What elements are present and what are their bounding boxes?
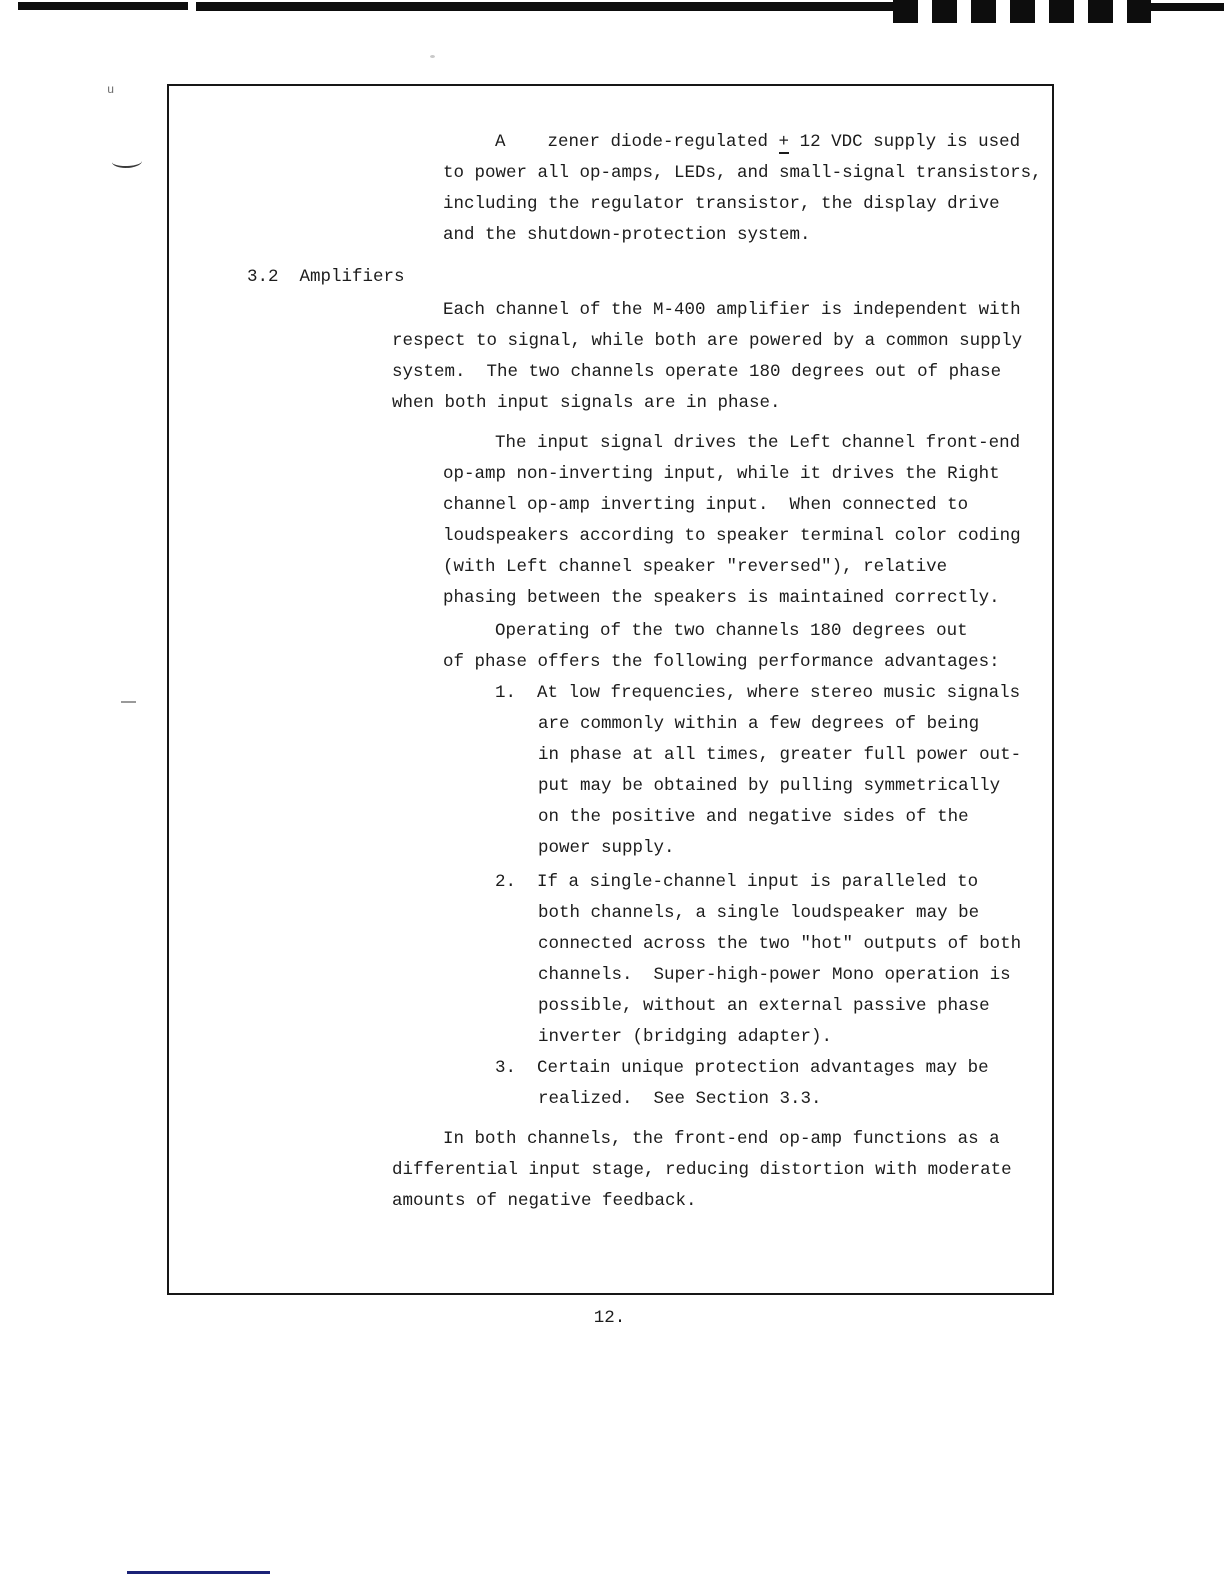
- list-item-line: connected across the two "hot" outputs o…: [538, 929, 1224, 960]
- blue-ink-line: [127, 1571, 270, 1574]
- section-heading: 3.2 Amplifiers: [247, 262, 1224, 293]
- text-line: loudspeakers according to speaker termin…: [443, 521, 1224, 552]
- text-line: channel op-amp inverting input. When con…: [443, 490, 1224, 521]
- list-item-line: both channels, a single loudspeaker may …: [538, 898, 1224, 929]
- list-item-line: 1. At low frequencies, where stereo musi…: [495, 678, 1224, 709]
- list-item-line: inverter (bridging adapter).: [538, 1022, 1224, 1053]
- list-item-line: 2. If a single-channel input is parallel…: [495, 867, 1224, 898]
- text-line: to power all op-amps, LEDs, and small-si…: [443, 158, 1224, 189]
- text-line: phasing between the speakers is maintain…: [443, 583, 1224, 614]
- list-item-line: power supply.: [538, 833, 1224, 864]
- scan-speck: [430, 55, 435, 58]
- text-line: system. The two channels operate 180 deg…: [392, 357, 1224, 388]
- text-line: amounts of negative feedback.: [392, 1186, 1224, 1217]
- text-line: differential input stage, reducing disto…: [392, 1155, 1224, 1186]
- scan-artifact-topbar-right: [1151, 3, 1224, 11]
- scan-artifact-sprocket-teeth: [893, 0, 1151, 23]
- list-item-line: 3. Certain unique protection advantages …: [495, 1053, 1224, 1084]
- scanned-document-page: u A zener diode-regulated + 12 VDC suppl…: [0, 0, 1224, 1584]
- list-item-line: possible, without an external passive ph…: [538, 991, 1224, 1022]
- list-item-line: are commonly within a few degrees of bei…: [538, 709, 1224, 740]
- p1-line1-pre: A zener diode-regulated: [495, 132, 779, 152]
- list-item-line: put may be obtained by pulling symmetric…: [538, 771, 1224, 802]
- text-line: including the regulator transistor, the …: [443, 189, 1224, 220]
- text-line: and the shutdown-protection system.: [443, 220, 1224, 251]
- document-body: A zener diode-regulated + 12 VDC supply …: [0, 127, 1224, 1217]
- p1-line1-post: 12 VDC supply is used: [789, 132, 1020, 152]
- text-line: A zener diode-regulated + 12 VDC supply …: [495, 127, 1224, 158]
- text-line: (with Left channel speaker "reversed"), …: [443, 552, 1224, 583]
- list-item-line: channels. Super-high-power Mono operatio…: [538, 960, 1224, 991]
- text-line: respect to signal, while both are powere…: [392, 326, 1224, 357]
- text-line: The input signal drives the Left channel…: [495, 428, 1224, 459]
- scan-artifact-topbar-left: [18, 2, 188, 10]
- plus-minus-symbol: +: [779, 132, 790, 154]
- text-line: In both channels, the front-end op-amp f…: [443, 1124, 1224, 1155]
- list-item-line: in phase at all times, greater full powe…: [538, 740, 1224, 771]
- text-line: Operating of the two channels 180 degree…: [495, 616, 1224, 647]
- text-line: of phase offers the following performanc…: [443, 647, 1224, 678]
- text-line: op-amp non-inverting input, while it dri…: [443, 459, 1224, 490]
- list-item-line: realized. See Section 3.3.: [538, 1084, 1224, 1115]
- scan-artifact-topbar-mid: [196, 2, 893, 11]
- list-item-line: on the positive and negative sides of th…: [538, 802, 1224, 833]
- text-line: Each channel of the M-400 amplifier is i…: [443, 295, 1224, 326]
- text-line: when both input signals are in phase.: [392, 388, 1224, 419]
- margin-mark: u: [107, 84, 114, 96]
- page-number: 12.: [167, 1306, 1052, 1330]
